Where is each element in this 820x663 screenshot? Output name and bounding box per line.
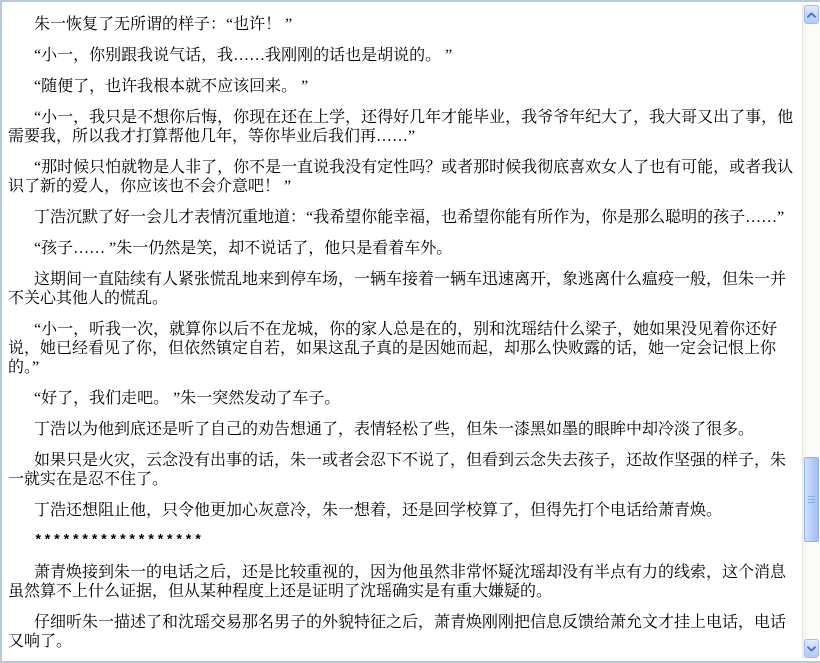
paragraph: “好了，我们走吧。 ”朱一突然发动了车子。 bbox=[8, 389, 795, 408]
document-text: 朱一恢复了无所谓的样子：“也许！ ” “小一，你别跟我说气话，我……我刚刚的话也… bbox=[2, 2, 801, 661]
scroll-down-button[interactable] bbox=[804, 639, 819, 658]
vertical-scrollbar[interactable] bbox=[802, 4, 820, 659]
paragraph: 朱一恢复了无所谓的样子：“也许！ ” bbox=[8, 15, 795, 34]
scrollbar-track[interactable] bbox=[803, 25, 820, 638]
paragraph: “小一，你别跟我说气话，我……我刚刚的话也是胡说的。 ” bbox=[8, 46, 795, 65]
paragraph: 如果只是火灾，云念没有出事的话，朱一或者会忍下不说了，但看到云念失去孩子，还故作… bbox=[8, 451, 795, 489]
paragraph: “小一，我只是不想你后悔，你现在还在上学，还得好几年才能毕业，我爷爷年纪大了，我… bbox=[8, 108, 795, 146]
paragraph: 丁浩以为他到底还是听了自己的劝告想通了，表情轻松了些，但朱一漆黑如墨的眼眸中却冷… bbox=[8, 420, 795, 439]
paragraph: 这期间一直陆续有人紧张慌乱地来到停车场，一辆车接着一辆车迅速离开，象逃离什么瘟疫… bbox=[8, 270, 795, 308]
paragraph: “那时候只怕就物是人非了，你不是一直说我没有定性吗？或者那时候我彻底喜欢女人了也… bbox=[8, 158, 795, 196]
paragraph: 丁浩还想阻止他，只令他更加心灰意冷，朱一想着，还是回学校算了，但得先打个电话给萧… bbox=[8, 501, 795, 520]
paragraph: “小一，听我一次，就算你以后不在龙城，你的家人总是在的，别和沈瑶结什么梁子，她如… bbox=[8, 320, 795, 377]
paragraph: 萧青焕接到朱一的电话之后，还是比较重视的，因为他虽然非常怀疑沈瑶却没有半点有力的… bbox=[8, 563, 795, 601]
thumb-grip-icon bbox=[808, 496, 815, 497]
document-window: 朱一恢复了无所谓的样子：“也许！ ” “小一，你别跟我说气话，我……我刚刚的话也… bbox=[0, 0, 820, 663]
paragraph: 仔细听朱一描述了和沈瑶交易那名男子的外貌特征之后，萧青焕刚刚把信息反馈给萧允文才… bbox=[8, 613, 795, 651]
section-separator: ****************** bbox=[8, 532, 795, 551]
chevron-down-icon bbox=[807, 646, 816, 652]
scrollbar-thumb[interactable] bbox=[804, 457, 819, 542]
paragraph: “孩子…… ”朱一仍然是笑，却不说话了，他只是看着车外。 bbox=[8, 239, 795, 258]
paragraph: “随便了，也许我根本就不应该回来。 ” bbox=[8, 77, 795, 96]
paragraph: 丁浩沉默了好一会儿才表情沉重地道：“我希望你能幸福，也希望你能有所作为，你是那么… bbox=[8, 208, 795, 227]
chevron-up-icon bbox=[807, 12, 816, 18]
scroll-up-button[interactable] bbox=[804, 5, 819, 24]
